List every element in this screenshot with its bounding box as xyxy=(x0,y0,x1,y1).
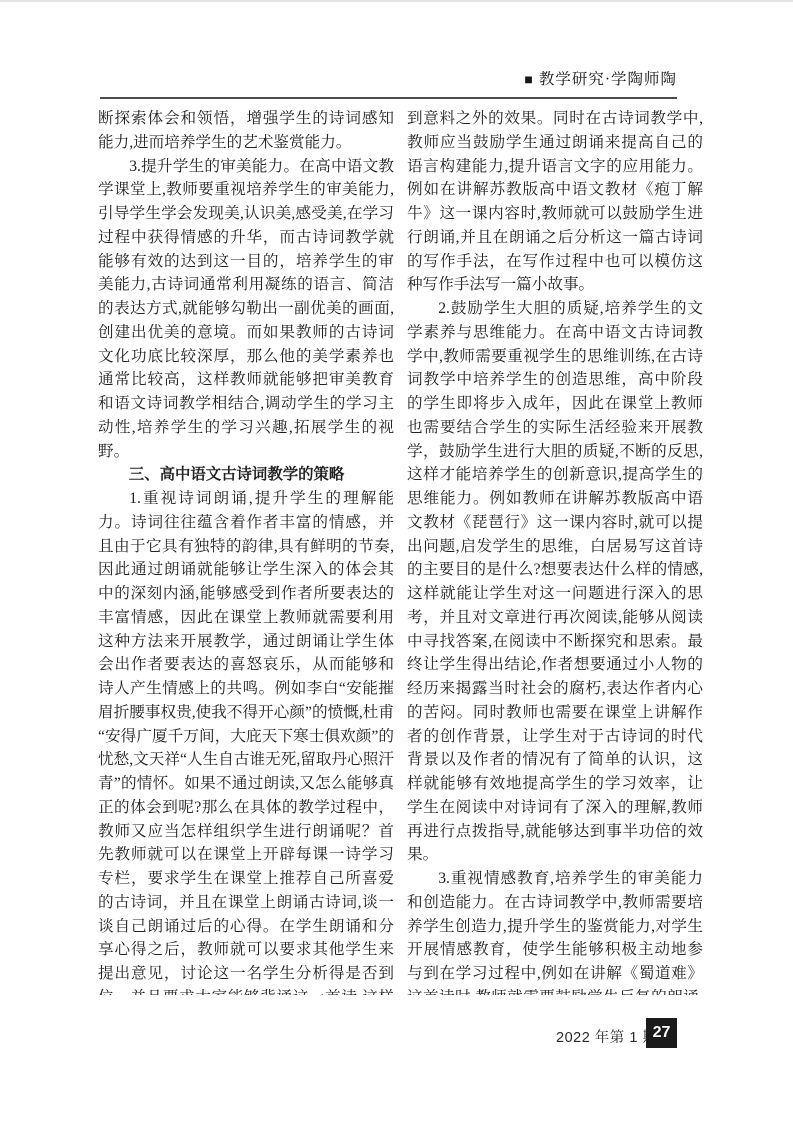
paragraph: 2.鼓励学生大胆的质疑,培养学生的文学素养与思维能力。在高中语文古诗词教学中,教… xyxy=(407,297,703,867)
paragraph: 3.提升学生的审美能力。在高中语文教学课堂上,教师要重视培养学生的审美能力,引导… xyxy=(98,155,394,464)
page-number-badge: 27 xyxy=(646,1018,677,1048)
issue-label: 2022 年第 1 期 xyxy=(556,1026,657,1047)
page-header: ■教学研究·学陶师陶 xyxy=(100,67,677,89)
header-divider xyxy=(100,97,677,99)
section-heading: 三、高中语文古诗词教学的策略 xyxy=(98,463,394,487)
column-right: 到意料之外的效果。同时在古诗词教学中,教师应当鼓励学生通过朗诵来提高自己的语言构… xyxy=(407,107,703,995)
paragraph-continuation: 断探索体会和领悟，增强学生的诗词感知能力,进而培养学生的艺术鉴赏能力。 xyxy=(98,107,394,155)
paragraph: 3.重视情感教育,培养学生的审美能力和创造能力。在古诗词教学中,教师需要培养学生… xyxy=(407,867,703,995)
column-left: 断探索体会和领悟，增强学生的诗词感知能力,进而培养学生的艺术鉴赏能力。 3.提升… xyxy=(98,107,394,995)
journal-page: ■教学研究·学陶师陶 断探索体会和领悟，增强学生的诗词感知能力,进而培养学生的艺… xyxy=(0,0,793,1122)
scan-edge-line xyxy=(0,0,793,2)
section-title: 教学研究·学陶师陶 xyxy=(539,71,677,88)
paragraph-continuation: 到意料之外的效果。同时在古诗词教学中,教师应当鼓励学生通过朗诵来提高自己的语言构… xyxy=(407,107,703,297)
paragraph: 1.重视诗词朗诵,提升学生的理解能力。诗词往往蕴含着作者丰富的情感，并且由于它具… xyxy=(98,487,394,995)
section-marker-icon: ■ xyxy=(524,73,532,89)
